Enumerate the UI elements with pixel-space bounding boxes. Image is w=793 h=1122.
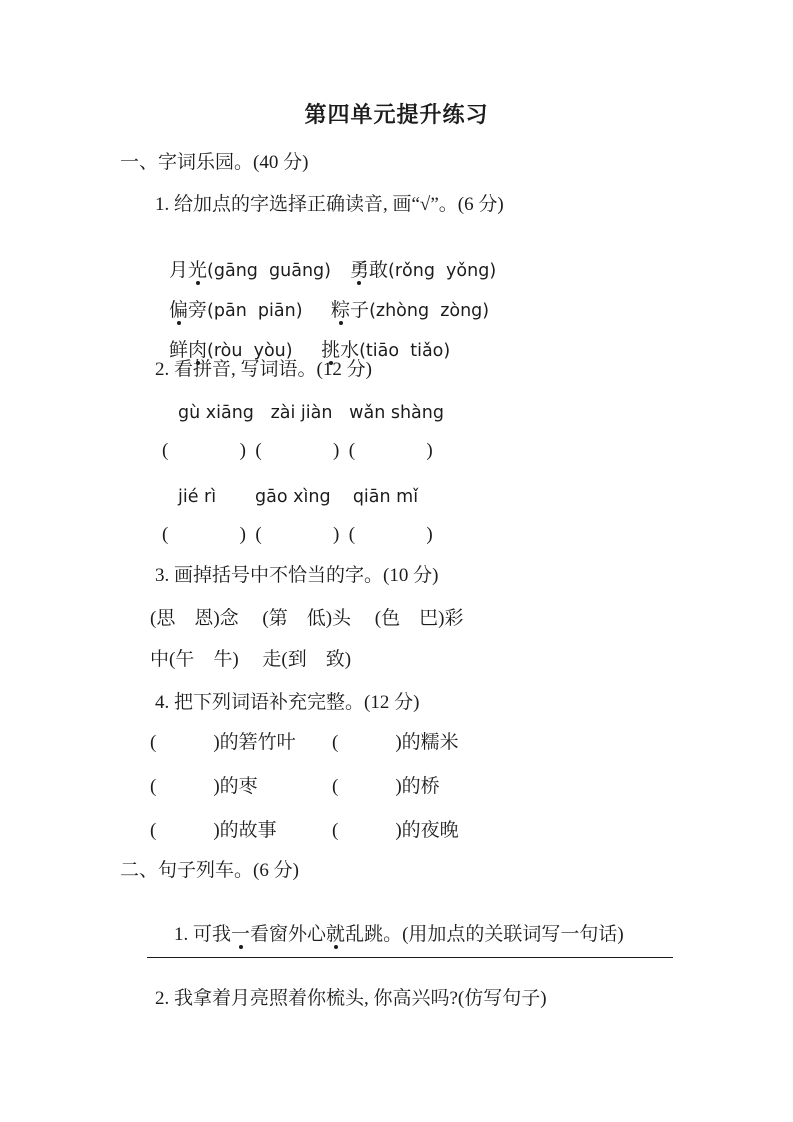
question-1: 1. 可我一看窗外心就乱跳。(用加点的关联词写一句话) bbox=[155, 896, 624, 973]
ex4-heading: 4. 把下列词语补充完整。(12 分) bbox=[155, 690, 419, 716]
section1-heading: 一、字词乐园。(40 分) bbox=[120, 150, 308, 176]
fill-blank-phrase: ( )的枣 bbox=[150, 774, 332, 800]
ex4-row-1: ( )的箬竹叶( )的糯米 bbox=[150, 730, 670, 756]
dotted-char: 一 bbox=[231, 922, 250, 948]
question-text: 1. 可我 bbox=[174, 924, 231, 945]
fill-blank-phrase: ( )的夜晚 bbox=[332, 818, 670, 844]
ex3-row-1: (思 恩)念 (第 低)头 (色 巴)彩 bbox=[150, 606, 463, 632]
question-text: 看窗外心 bbox=[250, 924, 326, 945]
ex2-pinyin-row-1: gù xiāng zài jiàn wǎn shàng bbox=[178, 402, 444, 426]
fill-blank-phrase: ( )的箬竹叶 bbox=[150, 730, 332, 756]
page-title: 第四单元提升练习 bbox=[0, 100, 793, 130]
ex2-pinyin-row-2: jié rì gāo xìng qiān mǐ bbox=[178, 486, 418, 510]
ex2-blank-row-2: ( ) ( ) ( ) bbox=[162, 522, 433, 548]
question-2: 2. 我拿着月亮照着你梳头, 你高兴吗?(仿写句子) bbox=[155, 986, 547, 1012]
ex4-row-2: ( )的枣( )的桥 bbox=[150, 774, 670, 800]
ex4-row-3: ( )的故事( )的夜晚 bbox=[150, 818, 670, 844]
ex1-heading: 1. 给加点的字选择正确读音, 画“√”。(6 分) bbox=[155, 192, 504, 218]
fill-blank-phrase: ( )的故事 bbox=[150, 818, 332, 844]
ex2-heading: 2. 看拼音, 写词语。(12 分) bbox=[155, 357, 372, 383]
fill-blank-phrase: ( )的糯米 bbox=[332, 730, 670, 756]
pinyin-options: (tiāo tiǎo) bbox=[359, 341, 450, 361]
answer-line bbox=[147, 957, 673, 958]
ex3-row-2: 中(午 牛) 走(到 致) bbox=[150, 647, 351, 673]
ex3-heading: 3. 画掉括号中不恰当的字。(10 分) bbox=[155, 563, 438, 589]
question-text: 乱跳。(用加点的关联词写一句话) bbox=[345, 924, 624, 945]
dotted-char: 就 bbox=[326, 922, 345, 948]
ex2-blank-row-1: ( ) ( ) ( ) bbox=[162, 438, 433, 464]
section2-heading: 二、句子列车。(6 分) bbox=[120, 858, 299, 884]
worksheet-page: 第四单元提升练习 一、字词乐园。(40 分) 1. 给加点的字选择正确读音, 画… bbox=[0, 0, 793, 1122]
fill-blank-phrase: ( )的桥 bbox=[332, 774, 670, 800]
